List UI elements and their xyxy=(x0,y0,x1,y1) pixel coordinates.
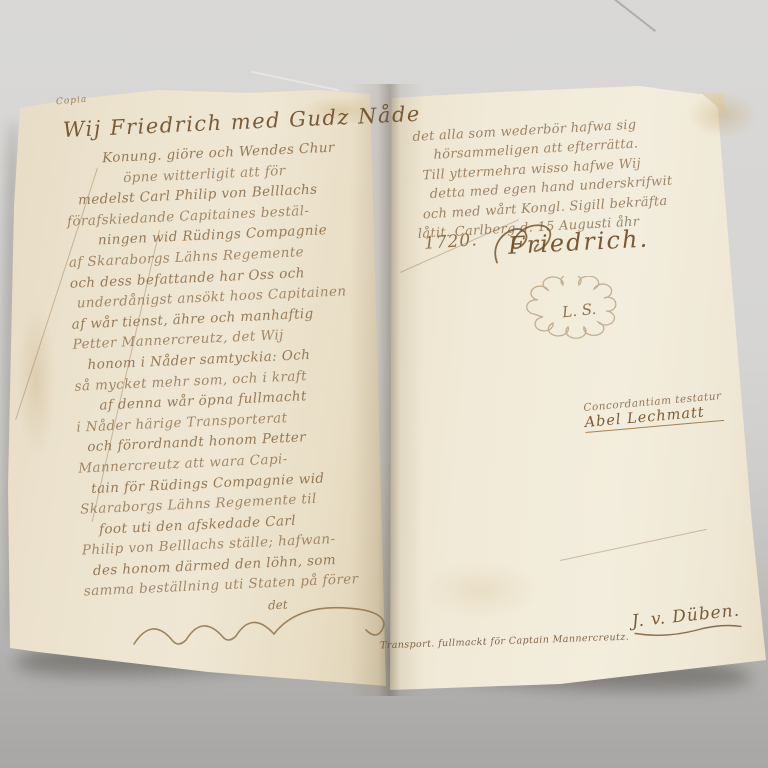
ink-seal: L. S. xyxy=(520,276,630,342)
right-page-text: det alla som wederbör hafwa sig hörsamme… xyxy=(412,109,758,244)
backdrop-crease xyxy=(611,0,656,32)
seal-ls-text: L. S. xyxy=(560,300,597,322)
left-page-text: Wij Friedrich med Gudz Nåde Konung. giör… xyxy=(62,95,404,602)
pen-flourish xyxy=(128,606,398,658)
backdrop-streak xyxy=(251,71,339,92)
year-1720: 1720. xyxy=(423,230,478,254)
photographed-manuscript: Copia Wij Friedrich med Gudz Nåde Konung… xyxy=(0,0,768,768)
